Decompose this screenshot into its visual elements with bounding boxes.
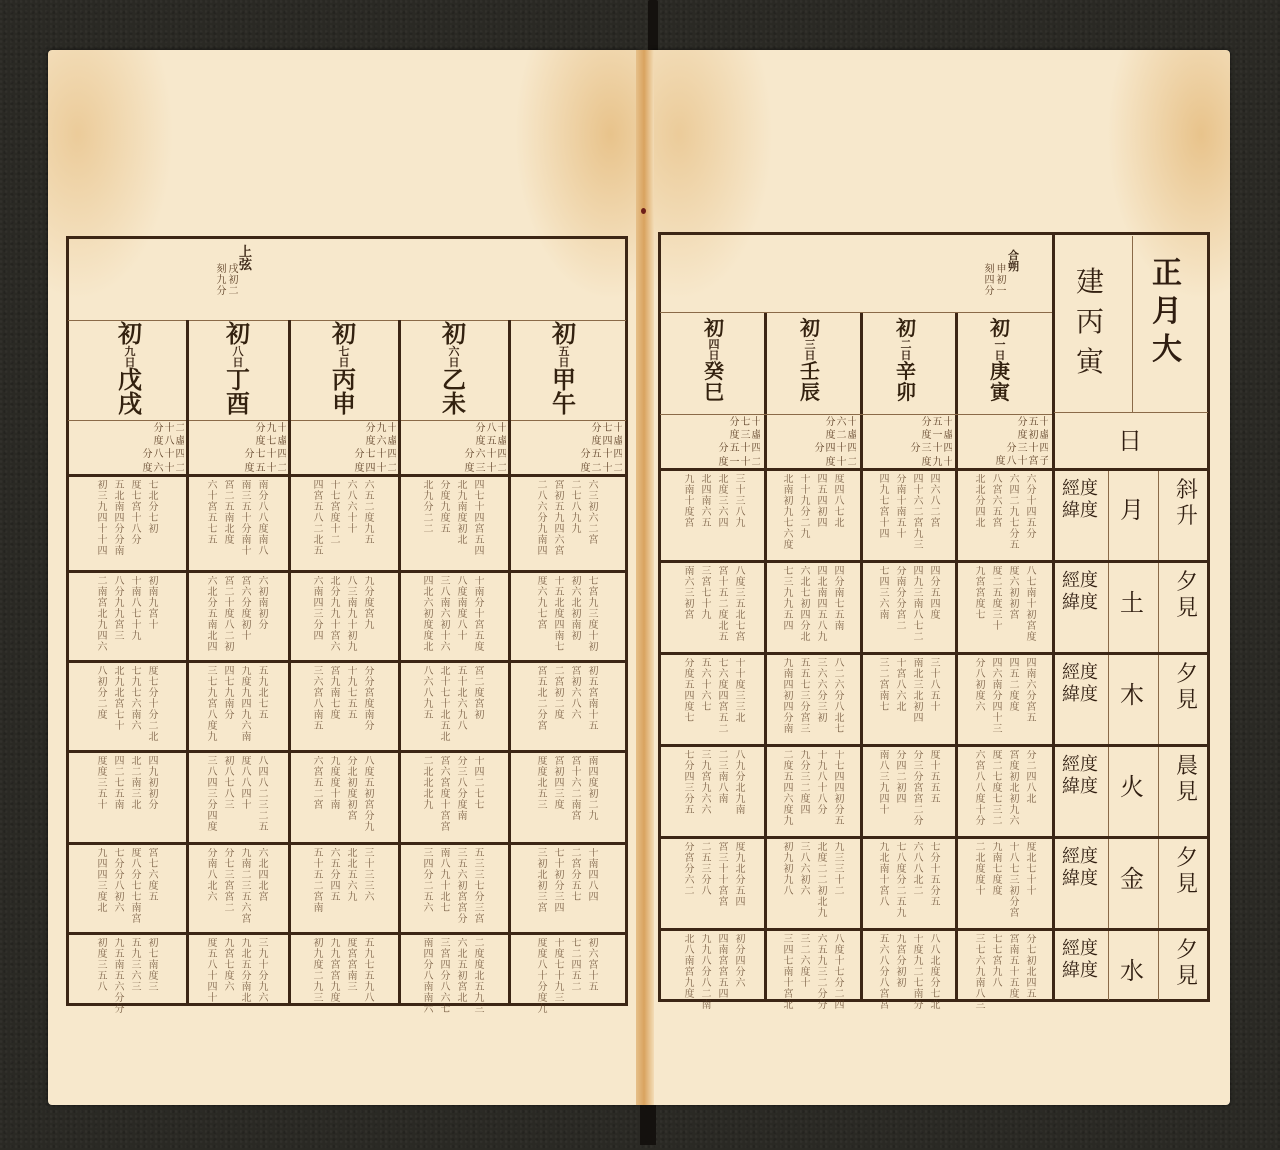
data-column: 四北南四五八九 <box>817 566 828 650</box>
value: 四十七分 <box>294 448 396 459</box>
divider <box>660 560 1208 563</box>
data-column: 初九初九八 <box>783 842 794 926</box>
data-column: 三四分二五六 <box>423 848 434 932</box>
char: 初 <box>118 322 142 346</box>
data-column: 宮二十度八二初 <box>224 576 235 660</box>
month-title: 正 月 大 <box>1152 255 1182 369</box>
char: 癸 <box>704 361 724 382</box>
data-column: 九南四初四分南 <box>783 658 794 742</box>
data-column: 宮二五南北度 <box>224 480 235 564</box>
data-column: 度宮宮南三 <box>347 938 358 1022</box>
data-column: 三七九宮八度九 <box>207 666 218 750</box>
char: 寅 <box>1076 342 1104 382</box>
seal-dot <box>641 208 646 214</box>
data-column: 四五四初四 <box>817 474 828 558</box>
data-column: 分七三宮宮二 <box>224 848 235 932</box>
value: 十九分 <box>294 422 396 432</box>
data-column: 五五七三分宮三 <box>800 658 811 742</box>
data-column: 九五南五六分分 <box>114 938 125 1022</box>
data-column: 宮九南七度 <box>330 666 341 750</box>
data-column: 十南四八四 <box>588 848 599 932</box>
sun-cell-day1: 子宮十八度 四十三分 虛初度 十五分 <box>964 416 1048 466</box>
char: 夕 <box>1176 846 1198 872</box>
row-label-jupiter: 木 <box>1120 680 1144 710</box>
data-column: 六八六十十 <box>347 480 358 564</box>
data-cell: 度北七十十十八七三初分宮九南七度度二北度度十 <box>960 842 1052 926</box>
row-note-moon: 斜升 <box>1176 478 1198 530</box>
data-cell: 十七四四初分五十九八十八分九分三二度四二度五四六度九 <box>768 750 860 834</box>
char: 戌 <box>118 392 142 416</box>
data-column: 宮六宮度十宮宮 <box>440 756 451 840</box>
char: 木 <box>1120 680 1144 710</box>
data-column: 十度七十九三 <box>554 938 565 1022</box>
data-cell: 初五宮南十五宮初六八六二宮初二度宮五北二分宮 <box>512 666 624 750</box>
data-column: 七十初分三四 <box>554 848 565 932</box>
data-column: 初五宮南十五 <box>588 666 599 750</box>
value: 二十二度 <box>514 462 622 473</box>
char: 刻 <box>985 264 995 275</box>
value: 二十五度 <box>192 462 286 473</box>
data-column: 分三八分度南 <box>457 756 468 840</box>
divider <box>660 836 1208 839</box>
data-column: 度度北五三 <box>537 756 548 840</box>
data-column: 八度三五北七宮 <box>735 566 746 650</box>
data-cell: 初七南度三五九三六三九五南五六分分初度三五八 <box>72 938 184 1022</box>
data-column: 度度三五十 <box>97 756 108 840</box>
data-column: 度度八十分度九 <box>537 938 548 1022</box>
char: 巳 <box>704 382 724 403</box>
sun-cell-day4: 二十一度 四十五分 虛三度 十七分 <box>672 416 760 466</box>
data-column: 三十三八九 <box>735 474 746 558</box>
char: 正 <box>1152 255 1182 293</box>
char: 初 <box>552 322 576 346</box>
note-col: 戌 初 二 <box>228 264 239 297</box>
data-column: 五十五二宮南 <box>313 848 324 932</box>
data-column: 四分南七五南 <box>834 566 845 650</box>
data-cell: 初六宮十五七二四五二十度七十九三度度八十分度九 <box>512 938 624 1022</box>
data-column: 八三南九十初九 <box>347 576 358 660</box>
char: 酉 <box>226 392 250 416</box>
data-cell: 九三三十二北度二二初北九三八六初六初九初九八 <box>768 842 860 926</box>
data-cell: 五三三七分三宮三五六初宮宮分南八九十北七三四分二五六 <box>402 848 506 932</box>
data-column: 南八九十北七 <box>440 848 451 932</box>
divider <box>1052 234 1055 1000</box>
value: 十六分 <box>772 416 856 426</box>
data-column: 南四分八南南六 <box>423 938 434 1022</box>
value: 十五分 <box>868 416 952 426</box>
data-cell: 三十三三六北北五六九六五分四五五十五二宮南 <box>292 848 396 932</box>
data-cell: 分分宮度南分十九七五五宮九南七度三六宮八南五 <box>292 666 396 750</box>
day-header-3: 初 三 日 壬 辰 <box>800 318 820 403</box>
data-column: 七宮九三度十初 <box>588 576 599 660</box>
divider <box>68 660 626 663</box>
day-header-7: 初 七 日 丙 申 <box>332 322 356 416</box>
data-column: 十七四四初分五 <box>834 750 845 834</box>
value: 虛初度 <box>964 429 1048 439</box>
data-column: 八分九九宮三 <box>114 576 125 660</box>
day-header-9: 初 九 日 戊 戌 <box>118 322 142 416</box>
data-column: 分南十南五十 <box>896 474 907 558</box>
data-column: 分四二初四 <box>896 750 907 834</box>
value: 四十四分 <box>772 442 856 453</box>
char: 初 <box>704 318 724 339</box>
data-column: 分八初度六 <box>975 658 986 742</box>
data-column: 八初分二度 <box>97 666 108 750</box>
first-quarter-note: 上 弦 戌 初 二 刻 九 分 <box>216 246 251 297</box>
data-column: 四南六分宮五 <box>1026 658 1037 742</box>
char: 經度 <box>1062 846 1098 868</box>
char: 晨 <box>1176 754 1198 780</box>
value: 十七分 <box>514 422 622 432</box>
conjunction-note: 合 朔 申 初 一 刻 四 分 <box>984 250 1019 297</box>
char: 寅 <box>990 382 1010 403</box>
data-column: 六五二度九五 <box>364 480 375 564</box>
data-cell: 六北四北宮九南二三五六宮分七三宮宮二分南八北六 <box>190 848 286 932</box>
data-column: 二宮初二度 <box>554 666 565 750</box>
char: 經度 <box>1062 754 1098 776</box>
divider <box>660 744 1208 747</box>
data-column: 八二六分八北七 <box>834 658 845 742</box>
note-col: 上 弦 <box>240 246 251 297</box>
data-column: 六十宮五七五 <box>207 480 218 564</box>
data-cell: 八九分北九南二三南八南三九宮九六六七分四三分五 <box>668 750 762 834</box>
data-column: 六三初六二宮 <box>588 480 599 564</box>
data-column: 分宮分六二 <box>684 842 695 926</box>
data-column: 三八四三分四度 <box>207 756 218 840</box>
data-cell: 四六八二宮四十六二宮九三分南十南五十四九七宮十四 <box>864 474 956 558</box>
data-column: 度六九七宮 <box>537 576 548 660</box>
divider <box>68 474 626 477</box>
data-cell: 宮二度宮初五十北六九八北十七十北五北八六八九五 <box>402 666 506 750</box>
row-label-saturn: 土 <box>1120 588 1144 618</box>
data-column: 八度十七分二四 <box>834 934 845 1018</box>
row-label-moon: 月 <box>1120 495 1144 525</box>
data-column: 五北南四分分南 <box>114 480 125 564</box>
data-column: 七二四五二 <box>571 938 582 1022</box>
data-column: 四北六初度度北 <box>423 576 434 660</box>
data-column: 十南分十宮五度 <box>474 576 485 660</box>
data-column: 十四二七七 <box>474 756 485 840</box>
data-cell: 六五二度九五六八六十十十七宮度十二四宮五八二北五 <box>292 480 396 564</box>
value: 四十八分 <box>72 448 184 459</box>
data-column: 初南九宮十 <box>148 576 159 660</box>
value: 四十六分 <box>404 448 506 459</box>
data-column: 三五六初宮宮分 <box>457 848 468 932</box>
data-cell: 二度度北五九三六北五初宮北三宮四分八六七南四分八南南六 <box>402 938 506 1022</box>
char: 日 <box>1118 426 1142 456</box>
data-cell: 度七分十分二北七九七六南六北九北宮七十八初分二度 <box>72 666 184 750</box>
data-cell: 八八北度分七北十度九二七南分九宮分初初五六八分八宮宮 <box>864 934 956 1018</box>
sun-cell-day3: 二十度 四十四分 虛二度 十六分 <box>772 416 856 466</box>
sun-cell-day9: 二十六度 四十八分 虛八度 二十分 <box>72 422 184 472</box>
char: 火 <box>1120 772 1144 802</box>
data-column: 七分分八初六 <box>114 848 125 932</box>
char: 二 <box>229 286 239 297</box>
data-cell: 四南六分宮五四五二度度四六南分四十三分八初度六 <box>960 658 1052 742</box>
data-cell: 七宮九三度十初初六北初南初十五北度四南七度六九七宮 <box>512 576 624 660</box>
divider <box>1054 412 1208 413</box>
data-column: 六北四北宮 <box>258 848 269 932</box>
data-column: 七七宮九八 <box>992 934 1003 1018</box>
data-column: 六宮五二宮 <box>313 756 324 840</box>
data-cell: 度十五五五分三分宮宮二分分四二初四南八三九四十 <box>864 750 956 834</box>
data-column: 度九北分五四 <box>735 842 746 926</box>
char: 弦 <box>239 259 252 272</box>
row-label-sun: 日 <box>1118 426 1142 456</box>
data-column: 宮初四三度 <box>554 756 565 840</box>
value: 十九分 <box>192 422 286 432</box>
day-header-6: 初 六 日 乙 未 <box>442 322 466 416</box>
data-column: 北九北宮七十 <box>114 666 125 750</box>
data-column: 南北三北初四 <box>913 658 924 742</box>
data-column: 九北五分南北 <box>241 938 252 1022</box>
char: 九 <box>217 275 227 286</box>
data-column: 十七宮度十二 <box>330 480 341 564</box>
data-column: 分南八北六 <box>207 848 218 932</box>
data-column: 北度三六四 <box>718 474 729 558</box>
day-header-2: 初 二 日 辛 卯 <box>896 318 916 403</box>
divider <box>860 312 863 1000</box>
data-cell: 分七初北四五宮南五十五度七七宮九八三七六九南八三 <box>960 934 1052 1018</box>
value: 二十一度 <box>672 456 760 467</box>
data-column: 分二四八北 <box>1026 750 1037 834</box>
char: 辛 <box>896 361 916 382</box>
data-cell: 分二四八北宮度初北初九六度二七度七三二六宮八八度十分 <box>960 750 1052 834</box>
sun-cell-day6: 二十三度 四十六分 虛五度 十八分 <box>404 422 506 472</box>
data-column: 八四八二三二五 <box>258 756 269 840</box>
data-cell: 度四八七北四五四初四十十九分二九北南初九七六度 <box>768 474 860 558</box>
data-column: 宮七六度五 <box>148 848 159 932</box>
note-col: 申 初 一 <box>996 264 1007 297</box>
char: 辰 <box>800 382 820 403</box>
char: 見 <box>1176 964 1198 990</box>
row-label-mercury: 水 <box>1120 956 1144 986</box>
data-column: 九九宮宮九度 <box>330 938 341 1022</box>
data-column: 九分度宮九 <box>364 576 375 660</box>
data-cell: 三十八五十南北三北初四十宮八六北三二宮南七 <box>864 658 956 742</box>
char: 朔 <box>1008 261 1019 272</box>
data-column: 三宮七十九 <box>701 566 712 650</box>
data-cell: 八度五初宮分九分北初度初宮九度度十南六宮五二宮 <box>292 756 396 840</box>
row-sub-venus: 經度緯度 <box>1062 846 1098 890</box>
data-column: 南八三九四十 <box>879 750 890 834</box>
data-column: 八八北度分七北 <box>930 934 941 1018</box>
data-column: 三六六分三初 <box>817 658 828 742</box>
char: 緯度 <box>1062 960 1098 982</box>
data-column: 二宮分五七 <box>571 848 582 932</box>
data-column: 六南四三分四 <box>313 576 324 660</box>
data-cell: 八度三五北七宮宮十五二度北五三宮七十九南六三初宮 <box>668 566 762 650</box>
row-note-mercury: 夕見 <box>1176 938 1198 990</box>
data-column: 初六宮十五 <box>588 938 599 1022</box>
char: 緯度 <box>1062 868 1098 890</box>
data-column: 初三九四十十四 <box>97 480 108 564</box>
char: 初 <box>332 322 356 346</box>
data-column: 九度九四九六南 <box>241 666 252 750</box>
data-column: 九宮分初初 <box>896 934 907 1018</box>
value: 二十度 <box>772 456 856 466</box>
data-cell: 南分八八度南八南三五十分南十宮二五南北度六十宮五七五 <box>190 480 286 564</box>
data-column: 十十九分二九 <box>800 474 811 558</box>
data-column: 四六南分四十三 <box>992 658 1003 742</box>
data-cell: 四分南七五南四北南四五八九六北七初四分北七三九九五四 <box>768 566 860 650</box>
data-column: 北九南度初北 <box>457 480 468 564</box>
data-column: 九三三十二 <box>834 842 845 926</box>
data-column: 南六三初宮 <box>684 566 695 650</box>
data-column: 分分宮度南分 <box>364 666 375 750</box>
value: 二十四度 <box>294 462 396 473</box>
data-cell: 七北分七初度七宮十八分五北南四分分南初三九四十十四 <box>72 480 184 564</box>
value: 虛四度 <box>514 435 622 445</box>
data-column: 度二五度三十 <box>992 566 1003 650</box>
binding-thread-top <box>648 0 658 52</box>
data-column: 四二七五南 <box>114 756 125 840</box>
data-column: 七分十五分五 <box>930 842 941 926</box>
char: 金 <box>1120 864 1144 894</box>
char: 經度 <box>1062 570 1098 592</box>
char: 初 <box>896 318 916 339</box>
char: 申 <box>997 264 1007 275</box>
data-cell: 六初南初分宮六分度初十宮二十度八二初六北分五南北四 <box>190 576 286 660</box>
divider <box>660 468 1208 471</box>
data-column: 三七六九南八三 <box>975 934 986 1018</box>
data-column: 七六度四宮五二 <box>718 658 729 742</box>
data-column: 分三分宮宮二分 <box>913 750 924 834</box>
data-column: 十宮八六北 <box>896 658 907 742</box>
value: 二十三度 <box>404 462 506 473</box>
data-column: 四六八二宮 <box>930 474 941 558</box>
sun-cell-day7: 二十四度 四十七分 虛六度 十九分 <box>294 422 396 472</box>
value: 四十七分 <box>192 448 286 459</box>
char: 緯度 <box>1062 500 1098 522</box>
char: 緯度 <box>1062 684 1098 706</box>
data-column: 七八度分二五九 <box>896 842 907 926</box>
char: 分 <box>217 286 227 297</box>
data-column: 初九度二九三 <box>313 938 324 1022</box>
char: 建 <box>1076 262 1104 302</box>
char: 初 <box>442 322 466 346</box>
value: 虛一度 <box>868 429 952 439</box>
data-column: 三九宮九六六 <box>701 750 712 834</box>
data-column: 八宮六五宮 <box>992 474 1003 558</box>
data-column: 度七宮十八分 <box>131 480 142 564</box>
data-column: 北九分二二 <box>423 480 434 564</box>
data-column: 宮六分度初十 <box>241 576 252 660</box>
data-cell: 五九北七五九度九四九六南四七九南分三七九宮八度九 <box>190 666 286 750</box>
data-column: 六四二九七分五 <box>1009 474 1020 558</box>
char: 午 <box>552 392 576 416</box>
divider <box>68 570 626 573</box>
char: 一 <box>997 286 1007 297</box>
data-column: 三六宮八南五 <box>313 666 324 750</box>
char: 初 <box>229 275 239 286</box>
data-column: 宮初五九四六宮 <box>554 480 565 564</box>
data-column: 六宮八八度十分 <box>975 750 986 834</box>
data-column: 二八六分九南四 <box>537 480 548 564</box>
char: 卯 <box>896 382 916 403</box>
data-column: 度五八十四十 <box>207 938 218 1022</box>
divider <box>1108 470 1109 1000</box>
data-column: 八度南度八十 <box>457 576 468 660</box>
data-column: 三八六初六 <box>800 842 811 926</box>
divider <box>660 652 1208 655</box>
day-header-4: 初 四 日 癸 巳 <box>704 318 724 403</box>
data-cell: 三九十分九六九北五分南北九宮七度六度五八十四十 <box>190 938 286 1022</box>
data-column: 宮十六二南宮 <box>571 756 582 840</box>
day-header-8: 初 八 日 丁 酉 <box>226 322 250 416</box>
data-column: 北北五六九 <box>347 848 358 932</box>
char: 初 <box>997 275 1007 286</box>
data-column: 分北初度初宮 <box>347 756 358 840</box>
data-column: 度北七十十 <box>1026 842 1037 926</box>
data-column: 三二宮南七 <box>879 658 890 742</box>
data-column: 四九三南八七二 <box>913 566 924 650</box>
month-branch: 建 丙 寅 <box>1076 262 1104 382</box>
divider <box>660 414 1052 415</box>
data-column: 九南七度度 <box>992 842 1003 926</box>
char: 經度 <box>1062 478 1098 500</box>
data-column: 南四度初二九 <box>588 756 599 840</box>
sun-cell-day8: 二十五度 四十七分 虛七度 十九分 <box>192 422 286 472</box>
data-column: 四分五四度 <box>930 566 941 650</box>
divider <box>660 928 1208 931</box>
data-column: 二度度北五九三 <box>474 938 485 1022</box>
char: 刻 <box>217 264 227 275</box>
data-cell: 十四二七七分三八分度南宮六宮度十宮宮二北北北九 <box>402 756 506 840</box>
data-column: 南分八八度南八 <box>258 480 269 564</box>
data-cell: 初分四分六四南宮宮五四九九八分八二南北八南宮九度 <box>668 934 762 1018</box>
data-column: 宮二度宮初 <box>474 666 485 750</box>
data-cell: 宮七六度五度八分七七南宮七分分八初六九四四三度北 <box>72 848 184 932</box>
data-column: 北八南宮九度 <box>684 934 695 1018</box>
row-label-mars: 火 <box>1120 772 1144 802</box>
data-cell: 十南分十宮五度八度南度八十三八南六初十六四北六初度度北 <box>402 576 506 660</box>
row-note-mars: 晨見 <box>1176 754 1198 806</box>
value: 二十分 <box>72 422 184 432</box>
row-sub-saturn: 經度緯度 <box>1062 570 1098 614</box>
data-column: 三四七南十宮北 <box>783 934 794 1018</box>
data-column: 七四三六南 <box>879 566 890 650</box>
data-column: 初八七八三 <box>224 756 235 840</box>
data-column: 二南宮北九四六 <box>97 576 108 660</box>
data-column: 九度度十南 <box>330 756 341 840</box>
char: 升 <box>1176 504 1198 530</box>
data-cell: 五九七五九八度宮宮南三九九宮宮九度初九度二九三 <box>292 938 396 1022</box>
data-column: 三十三三六 <box>364 848 375 932</box>
data-column: 北分九九十宮六 <box>330 576 341 660</box>
char: 緯度 <box>1062 776 1098 798</box>
data-cell: 四九初初分北二南三北四二七五南度度三五十 <box>72 756 184 840</box>
char: 未 <box>442 392 466 416</box>
row-note-venus: 夕見 <box>1176 846 1198 898</box>
char: 庚 <box>990 361 1010 382</box>
char: 見 <box>1176 688 1198 714</box>
data-column: 九南十度宮 <box>684 474 695 558</box>
row-sub-moon: 經度緯度 <box>1062 478 1098 522</box>
data-column: 宮度初北初九六 <box>1009 750 1020 834</box>
value: 十八分 <box>404 422 506 432</box>
char: 丙 <box>1076 302 1104 342</box>
data-column: 分度五四度七 <box>684 658 695 742</box>
data-column: 北二南三北 <box>131 756 142 840</box>
data-cell: 四七十四宮五四北九南度初北分度九度五北九分二二 <box>402 480 506 564</box>
data-column: 三九十分九六 <box>258 938 269 1022</box>
data-column: 十南八七十九 <box>131 576 142 660</box>
data-column: 二七八九九 <box>571 480 582 564</box>
data-column: 七三九九五四 <box>783 566 794 650</box>
value: 四十五分 <box>672 442 760 453</box>
char: 水 <box>1120 956 1144 986</box>
